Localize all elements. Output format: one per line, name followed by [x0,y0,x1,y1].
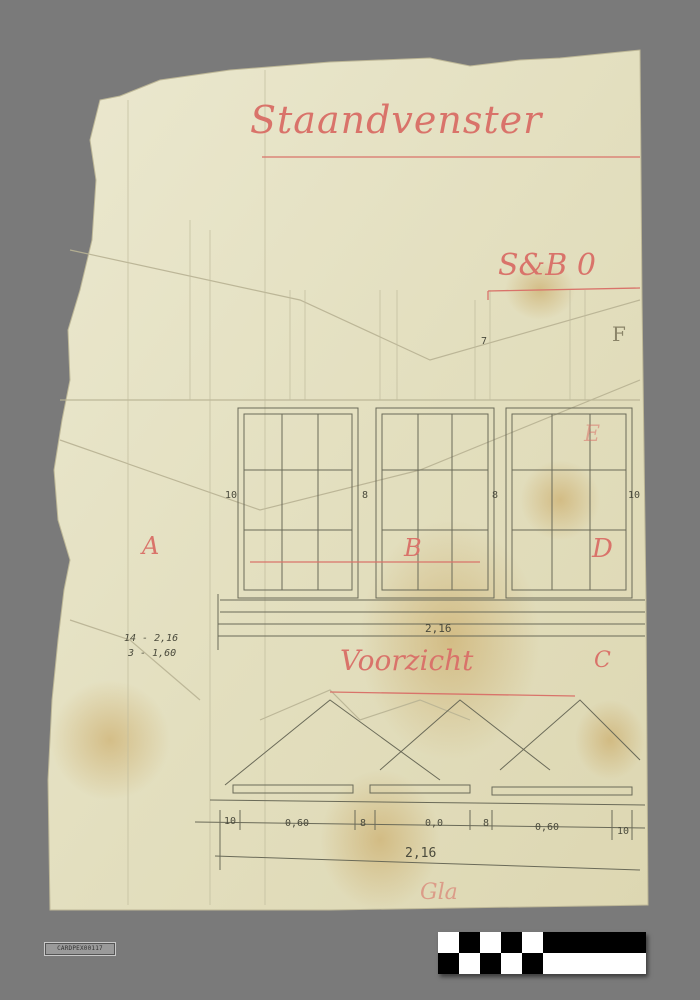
specimen-label: CARDPEX00117 [44,942,116,956]
dim-lower-4: 0,0 [425,818,443,829]
letter-b: B [404,534,422,562]
letter-f: F [612,322,626,346]
letter-c: C [594,648,611,673]
dim-lower-1: 10 [224,816,236,827]
dim-lower-7: 10 [617,826,629,837]
dim-lower-5: 8 [483,818,489,829]
dim-lower-2: 0,60 [285,818,309,829]
scale-bar [438,932,646,974]
drawing-subtitle: S&B 0 [498,248,596,283]
elevation-label: Voorzicht [340,644,473,677]
dim-upper-left: 10 [225,490,237,501]
small-mark: 7 [481,336,487,347]
bottom-red-fragment: Gla [420,880,458,905]
drawing-sheet [0,0,700,1000]
dim-lower-6: 0,60 [535,822,559,833]
letter-a: A [142,532,159,560]
letter-e: E [584,422,600,447]
marginal-note-line1: 14 - 2,16 [124,633,178,644]
dim-lower-total: 2,16 [405,846,436,861]
dim-upper-mid2: 8 [492,490,498,501]
dim-upper-total: 2,16 [425,622,452,635]
dim-lower-3: 8 [360,818,366,829]
drawing-title: Staandvenster [250,98,542,142]
marginal-note-line2: 3 - 1,60 [128,648,176,659]
dim-upper-mid1: 8 [362,490,368,501]
dim-upper-right: 10 [628,490,640,501]
letter-d: D [592,534,613,564]
